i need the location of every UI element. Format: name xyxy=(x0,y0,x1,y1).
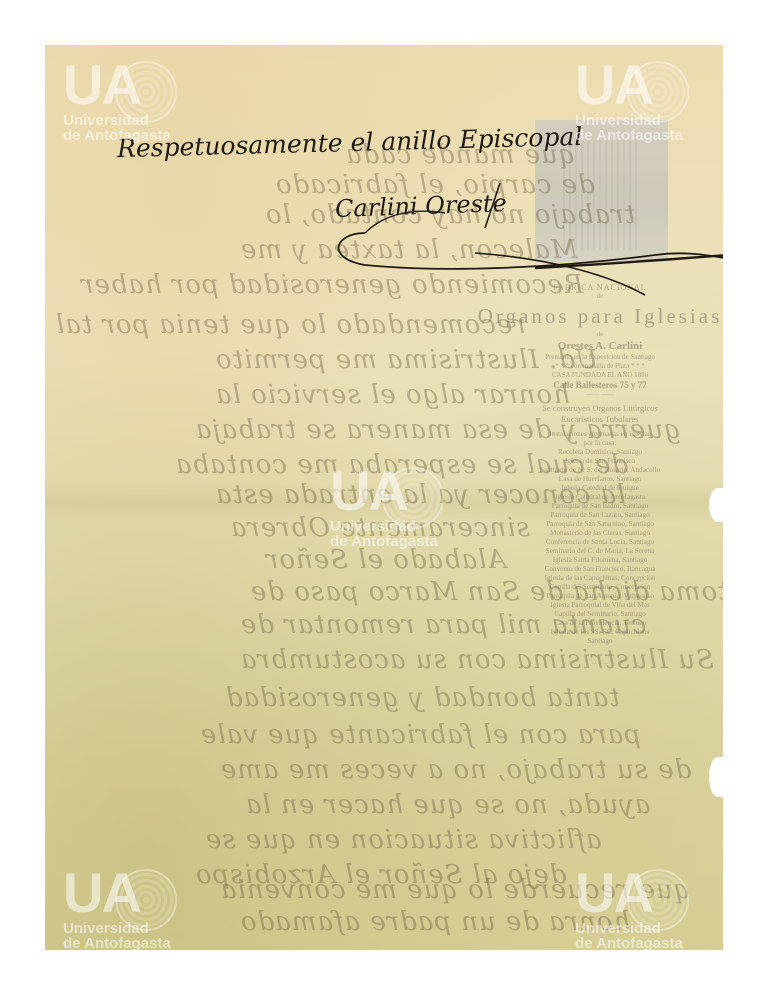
letterhead-award: Premiado en la Exposicion de Santiago xyxy=(475,353,723,362)
list-item: Recoleta Dominica, Santiago xyxy=(475,448,723,457)
list-item: Seminario del C. de Maria, La Serena xyxy=(475,547,723,556)
letterhead-services-2: Eucaristicos Tubulares xyxy=(475,414,723,425)
watermark-ua-logo: UA Universidad de Antofagasta xyxy=(575,865,705,950)
list-item: Parroquia de San Isidro, Santiago xyxy=(475,502,723,511)
letterhead-owner: Orestes A. Carlini xyxy=(475,340,723,354)
bleed-line: para con el fabricante que vale xyxy=(200,720,641,750)
list-item: Capilla del Seminario, Concepcion xyxy=(475,583,723,592)
paper-tear xyxy=(709,488,723,522)
bleed-line: de su trabajo, no a veces me ame xyxy=(220,755,691,785)
list-item: Iglesia de los SS. CC. Capuchinos xyxy=(475,628,723,637)
letterhead-medals: * * * con medalla de Plata * * * xyxy=(475,362,723,371)
document-page: que mande cada de carpio, el fabricado t… xyxy=(45,45,723,950)
list-item: Casa de Huerfanos, Santiago xyxy=(475,475,723,484)
list-item: Casa de la Providencia, Temuco xyxy=(475,619,723,628)
list-item: Iglesia Parroquial de Viña del Mar xyxy=(475,601,723,610)
watermark-ua-logo: UA Universidad de Antofagasta xyxy=(330,463,460,573)
list-item: Parroquia de San Saturnino, Santiago xyxy=(475,520,723,529)
list-item: Iglesia de las Capuchinas, Concepcion xyxy=(475,574,723,583)
watermark-ua-logo: UA Universidad de Antofagasta xyxy=(63,865,193,950)
letterhead-installations-list: Instalaciones efectuadas en iglesias por… xyxy=(475,430,723,669)
list-item: Iglesia de San Francisco xyxy=(475,457,723,466)
signature-flourish-icon xyxy=(325,173,723,303)
list-item: Monasterio de las Claras, Santiago xyxy=(475,529,723,538)
list-item: Convento de San Francisco, Rancagua xyxy=(475,565,723,574)
watermark-ua-logo: UA Universidad de Antofagasta xyxy=(63,57,193,167)
seal-icon xyxy=(115,61,177,123)
seal-icon xyxy=(382,467,444,529)
list-item: Santiago xyxy=(475,637,723,646)
letterhead-services: Se construyen Organos Litúrgicos xyxy=(475,403,723,414)
list-item: Capilla del Seminario, Santiago xyxy=(475,610,723,619)
paper-tear xyxy=(709,757,723,797)
bleed-line: recomendado lo que tenia por tal xyxy=(55,310,526,340)
printed-letterhead: FABRICA NACIONAL de Organos para Iglesia… xyxy=(475,283,723,669)
seal-icon xyxy=(627,869,689,931)
list-title: Instalaciones efectuadas en iglesias xyxy=(475,430,723,439)
letterhead-headline: Organos para Iglesias xyxy=(475,303,723,329)
letterhead-founded: CASA FUNDADA EL AÑO 1886 xyxy=(475,371,723,380)
seal-icon xyxy=(115,869,177,931)
bleed-line: tanta bondad y generosidad xyxy=(225,683,620,713)
letterhead-de: de xyxy=(475,331,723,339)
list-item: Parroquia de San Lazaro, Santiago xyxy=(475,511,723,520)
list-item: Parroquia de San Antonio, Valparaiso xyxy=(475,592,723,601)
list-item: Santuario de N. S. del Rosario, Andacoll… xyxy=(475,466,723,475)
list-item: por la casa: xyxy=(475,439,723,448)
list-item: Iglesia Catedral de Antofagasta xyxy=(475,493,723,502)
bleed-line: honra de un padre afamado xyxy=(240,907,630,937)
seal-icon xyxy=(627,61,689,123)
letterhead-ornament: ~ ~ ~ xyxy=(475,660,723,669)
letterhead-separator: —— —— xyxy=(475,391,723,399)
bleed-line: ayuda, no se que hacer en la xyxy=(245,790,650,820)
watermark-ua-logo: UA Universidad de Antofagasta xyxy=(575,57,705,167)
list-item: Iglesia Catedral de Iquique xyxy=(475,484,723,493)
list-item: Iglesia Santa Filomena, Santiago xyxy=(475,556,723,565)
list-item: Conferencia de Santa Lucia, Santiago xyxy=(475,538,723,547)
bleed-line: aflictiva situacion en que se xyxy=(205,825,602,855)
letterhead-address: Calle Ballesteros 75 y 77 xyxy=(475,380,723,391)
